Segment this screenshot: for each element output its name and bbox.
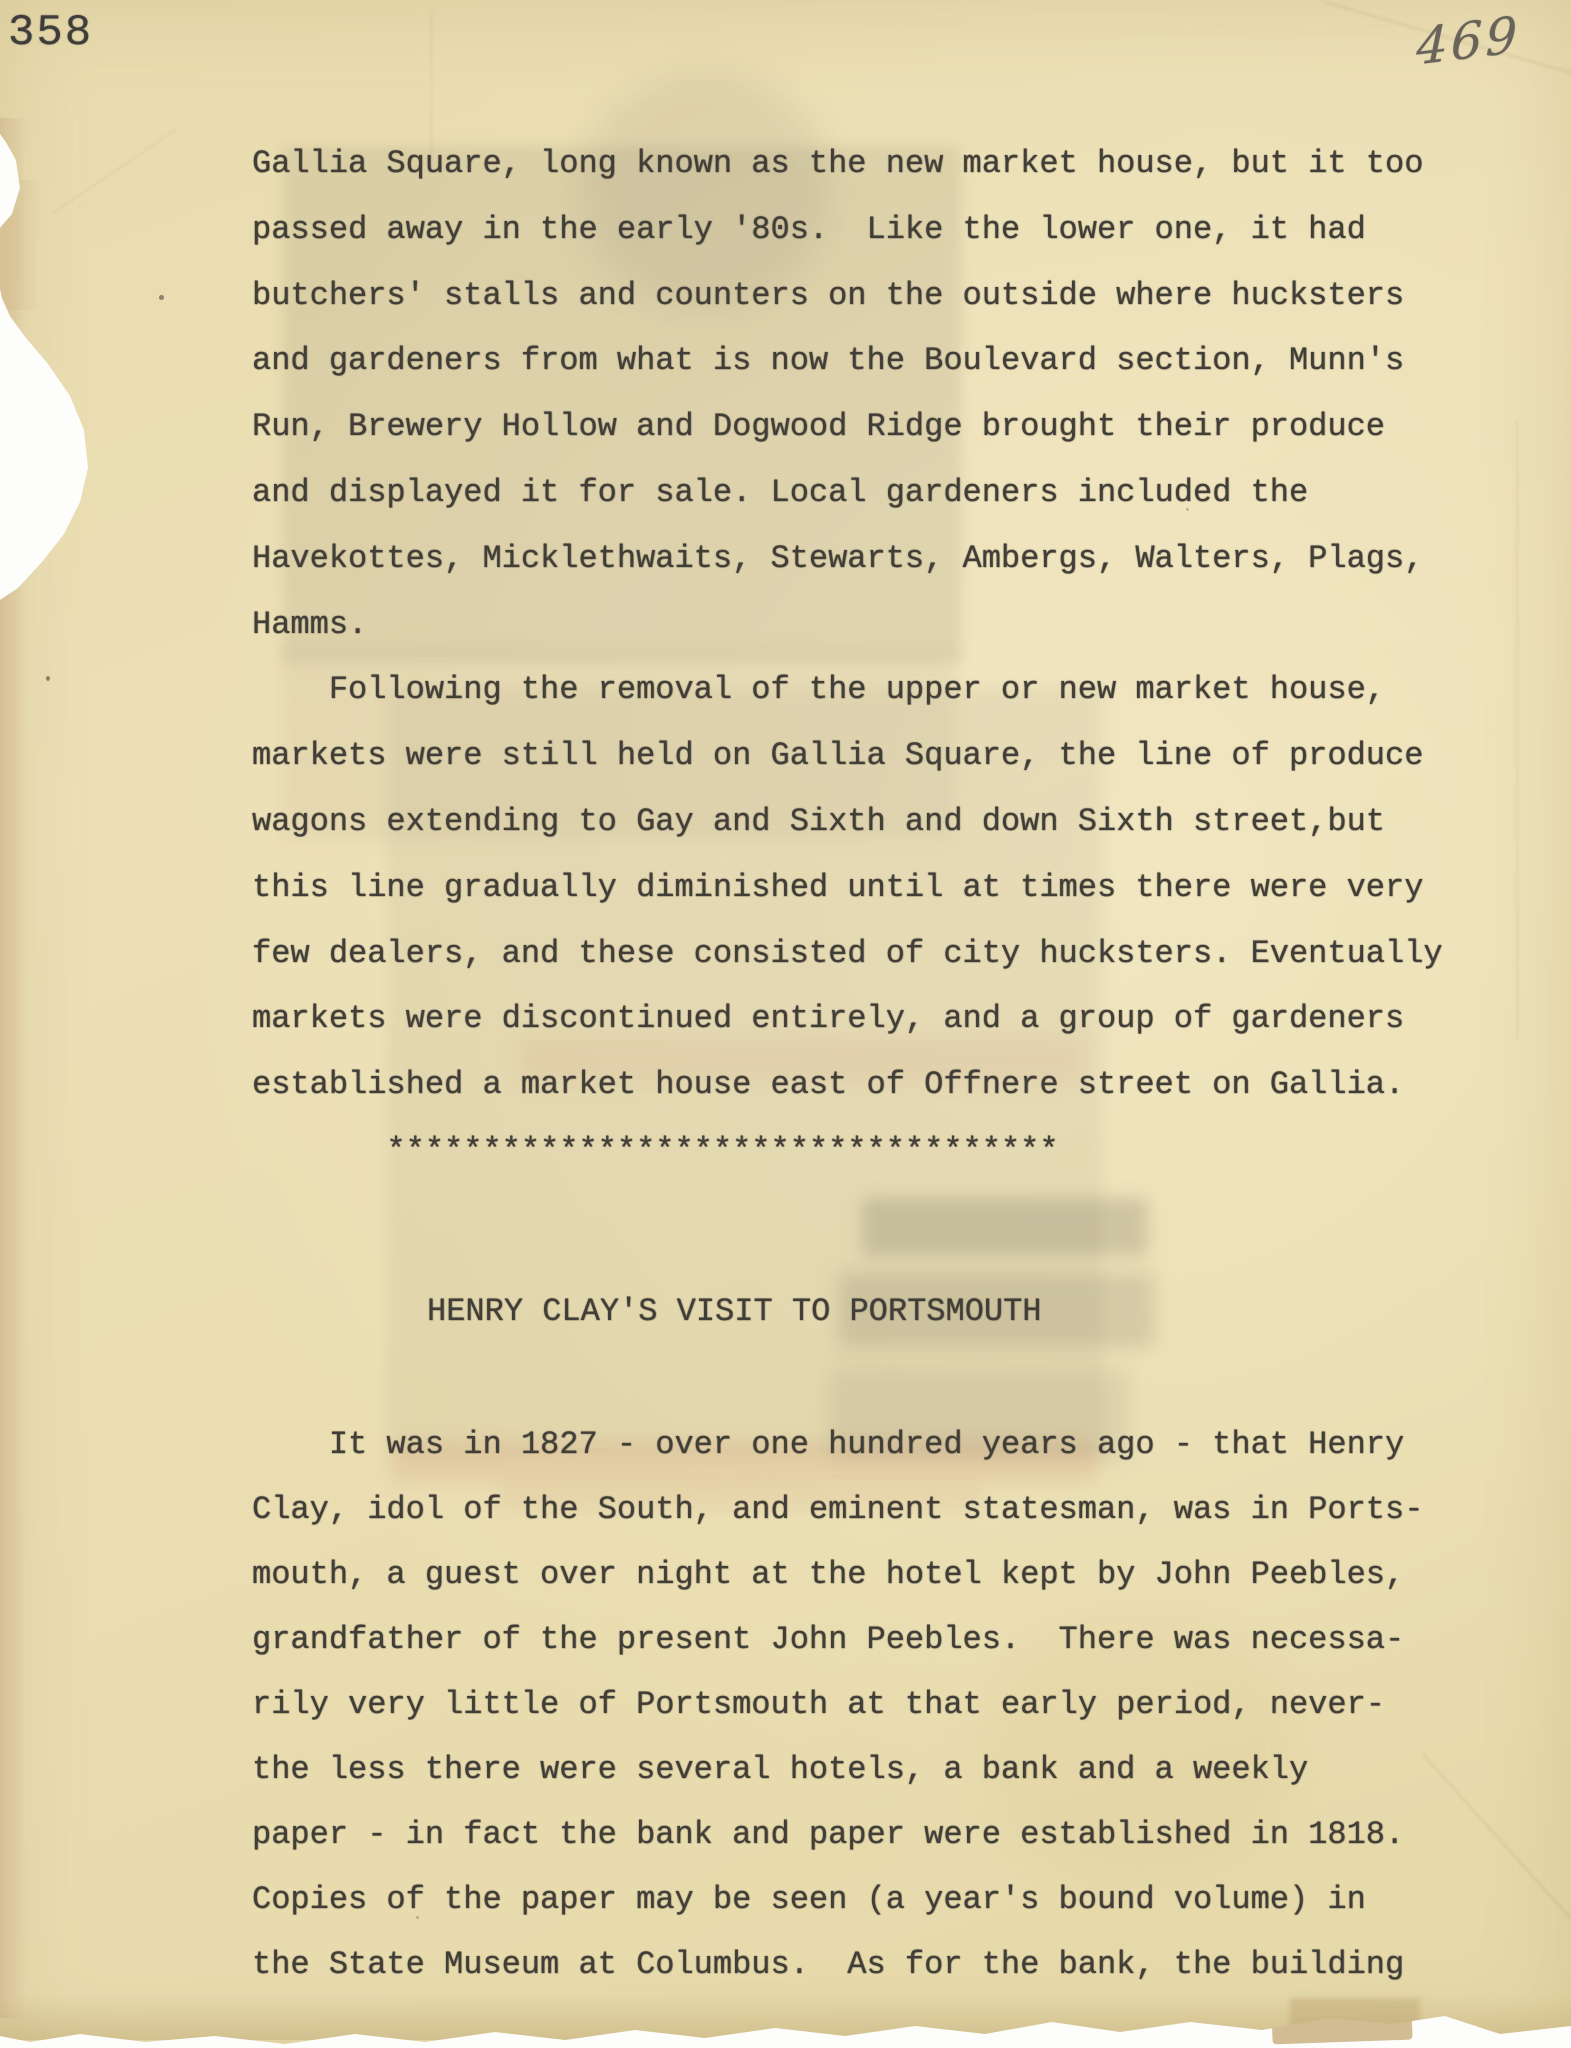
ink-speck <box>46 676 50 681</box>
typed-line: passed away in the early '80s. Like the … <box>252 197 1443 263</box>
typed-line: established a market house east of Offne… <box>252 1052 1443 1118</box>
typed-line: Copies of the paper may be seen (a year'… <box>252 1867 1423 1932</box>
typed-line: this line gradually diminished until at … <box>252 855 1443 921</box>
typed-line: Havekottes, Micklethwaits, Stewarts, Amb… <box>252 526 1443 592</box>
typed-line: paper - in fact the bank and paper were … <box>252 1802 1423 1867</box>
ink-speck <box>159 295 164 300</box>
ghost-text-stain <box>862 1198 1148 1256</box>
typed-paragraphs-henry-clay: It was in 1827 - over one hundred years … <box>252 1412 1423 1997</box>
typed-line: Hamms. <box>252 592 1443 658</box>
scanned-page: 358 469 Gallia Square, long known as the… <box>0 0 1571 2048</box>
typed-line: Gallia Square, long known as the new mar… <box>252 131 1443 197</box>
paper-crease <box>52 128 177 214</box>
section-heading: HENRY CLAY'S VISIT TO PORTSMOUTH <box>427 1294 1042 1329</box>
typed-page-number: 358 <box>8 8 93 58</box>
typed-line: Following the removal of the upper or ne… <box>252 657 1443 723</box>
typed-line: butchers' stalls and counters on the out… <box>252 263 1443 329</box>
typed-line: wagons extending to Gay and Sixth and do… <box>252 789 1443 855</box>
typed-line: and displayed it for sale. Local gardene… <box>252 460 1443 526</box>
typed-line: and gardeners from what is now the Boule… <box>252 328 1443 394</box>
typed-line: Clay, idol of the South, and eminent sta… <box>252 1477 1423 1542</box>
handwritten-page-number: 469 <box>1416 5 1521 76</box>
typed-line: markets were still held on Gallia Square… <box>252 723 1443 789</box>
typed-line: It was in 1827 - over one hundred years … <box>252 1412 1423 1477</box>
typed-line: few dealers, and these consisted of city… <box>252 921 1443 987</box>
typed-line: the State Museum at Columbus. As for the… <box>252 1932 1423 1997</box>
typed-line: markets were discontinued entirely, and … <box>252 986 1443 1052</box>
typed-line: Run, Brewery Hollow and Dogwood Ridge br… <box>252 394 1443 460</box>
typed-line: mouth, a guest over night at the hotel k… <box>252 1542 1423 1607</box>
paper-left-edge-top <box>0 180 40 310</box>
typed-line: the less there were several hotels, a ba… <box>252 1737 1423 1802</box>
paper-sheet: 358 469 Gallia Square, long known as the… <box>0 0 1571 2048</box>
typed-line: *********************************** <box>252 1118 1443 1184</box>
paper-crease <box>1422 1754 1571 1949</box>
paper-left-edge <box>0 118 26 2018</box>
typed-line: rily very little of Portsmouth at that e… <box>252 1672 1423 1737</box>
typed-line: grandfather of the present John Peebles.… <box>252 1607 1423 1672</box>
typed-paragraphs-market-house: Gallia Square, long known as the new mar… <box>252 131 1443 1184</box>
paper-crease <box>1516 420 1518 1040</box>
